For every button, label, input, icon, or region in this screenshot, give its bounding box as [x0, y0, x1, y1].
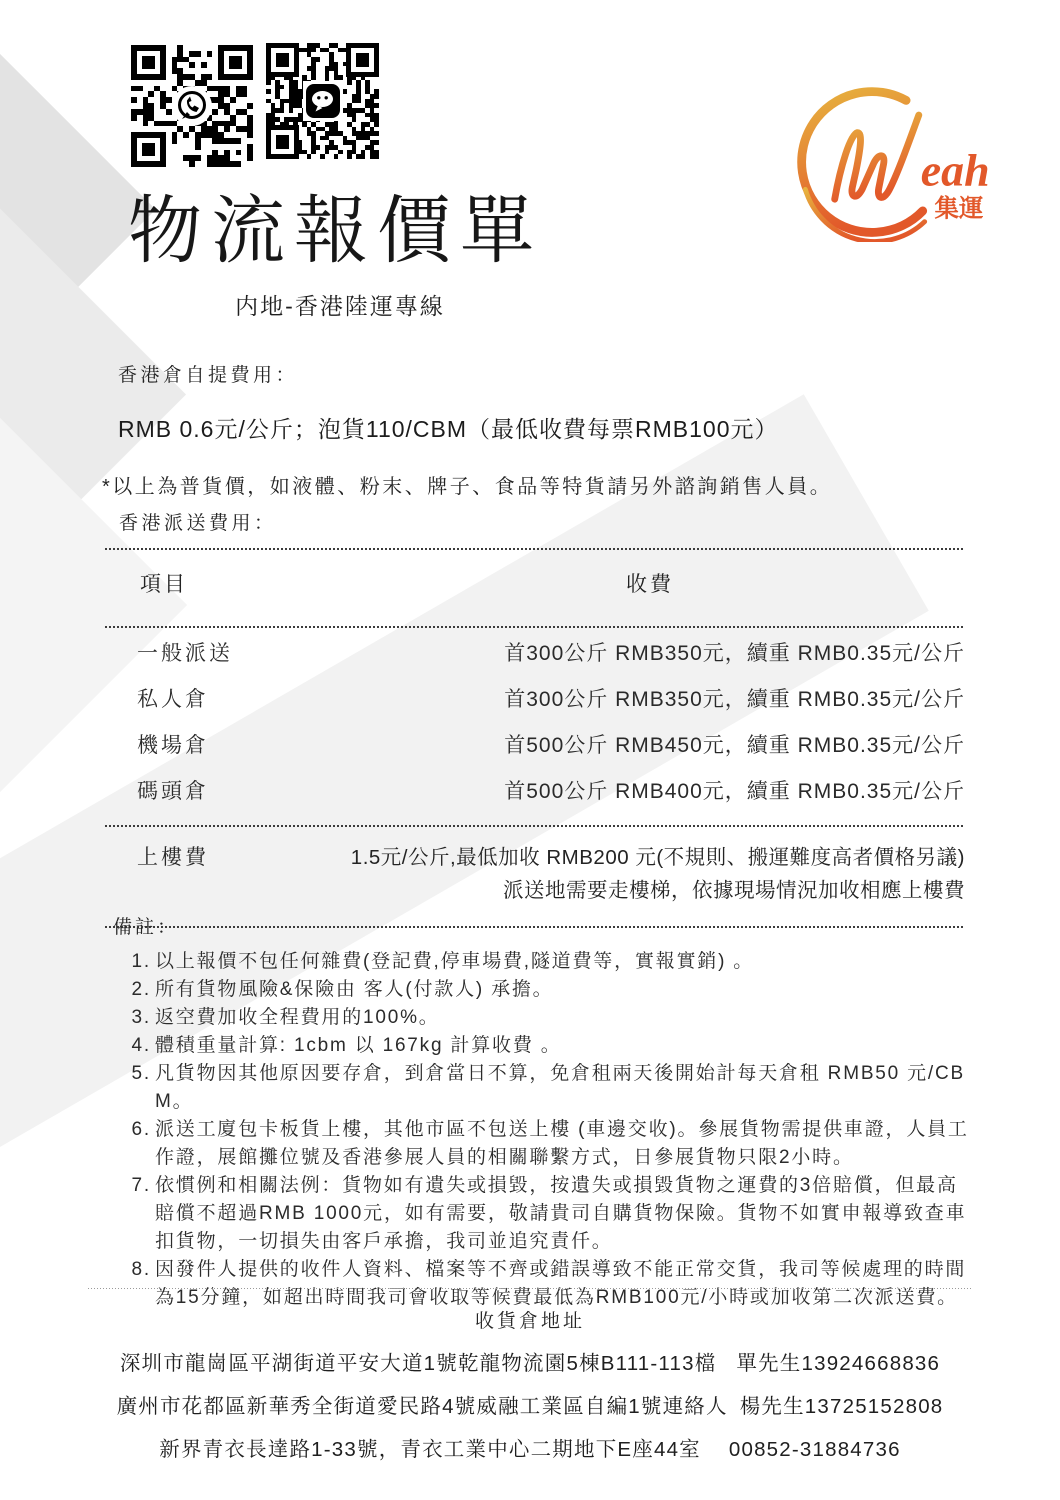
- qr-finder: [131, 45, 166, 80]
- note-item: 7.依慣例和相關法例：貨物如有遺失或損毀，按遺失或損毀貨物之運費的3倍賠償，但最…: [113, 1172, 975, 1256]
- table-row: 一般派送 首300公斤 RMB350元，續重 RMB0.35元/公斤: [105, 629, 965, 675]
- page-title: 物流報價單: [128, 190, 543, 271]
- address-text: 廣州市花都區新華秀全街道愛民路4號威融工業區自編1號連絡人: [117, 1395, 728, 1418]
- contact-text: 00852-31884736: [729, 1438, 901, 1461]
- note-item: 2.所有貨物風險&保險由 客人(付款人) 承擔。: [113, 976, 975, 1004]
- whatsapp-qr-code: [128, 42, 256, 170]
- address-text: 新界青衣長達路1-33號，青衣工業中心二期地下E座44室: [159, 1438, 701, 1461]
- row-fee-value: 首300公斤 RMB350元，續重 RMB0.35元/公斤: [335, 683, 965, 713]
- logo-swoosh-icon: eah 集運: [778, 82, 998, 242]
- qr-finder: [346, 43, 379, 77]
- note-item: 6.派送工廈包卡板貨上樓，其他市區不包送上樓 (車邊交收)。參展貨物需提供車證，…: [113, 1116, 975, 1172]
- quotation-document: eah 集運 物流報價單 内地-香港陸運專線 香港倉自提費用： RMB 0.6元…: [0, 0, 1060, 1500]
- whatsapp-icon: [172, 86, 212, 126]
- delivery-heading: 香港派送費用：: [105, 508, 965, 535]
- contact-text: 楊先生13725152808: [740, 1395, 944, 1418]
- row-item-label: 一般派送: [105, 637, 335, 667]
- row-item-label: 上樓費: [105, 841, 315, 907]
- table-row: 私人倉 首300公斤 RMB350元，續重 RMB0.35元/公斤: [105, 675, 965, 721]
- qr-finder: [266, 125, 299, 159]
- address-line: 廣州市花都區新華秀全街道愛民路4號威融工業區自編1號連絡人楊先生13725152…: [90, 1389, 970, 1419]
- self-pickup-section: 香港倉自提費用： RMB 0.6元/公斤；泡貨110/CBM（最低收費每票RMB…: [118, 360, 988, 499]
- logo-text: eah: [921, 144, 990, 195]
- footer-divider: [88, 1288, 972, 1289]
- floor-fee-row: 上樓費 1.5元/公斤,最低加收 RMB200 元(不規則、搬運難度高者價格另議…: [105, 828, 965, 917]
- notes-section: 備註： 1.以上報價不包任何雜費(登記費,停車場費,隧道費等，實報實銷) 。 2…: [113, 912, 975, 1312]
- address-text: 深圳市龍崗區平湖街道平安大道1號乾龍物流園5棟B111-113檔: [120, 1352, 717, 1375]
- row-item-label: 私人倉: [105, 683, 335, 713]
- note-item: 1.以上報價不包任何雜費(登記費,停車場費,隧道費等，實報實銷) 。: [113, 948, 975, 976]
- table-row: 機場倉 首500公斤 RMB450元，續重 RMB0.35元/公斤: [105, 721, 965, 767]
- page-subtitle: 内地-香港陸運專線: [130, 288, 550, 321]
- wechat-icon: [303, 81, 343, 121]
- note-item: 5.凡貨物因其他原因要存倉，到倉當日不算，免倉租兩天後開始計每天倉租 RMB50…: [113, 1060, 975, 1116]
- logo-subtext: 集運: [934, 194, 983, 223]
- company-logo: eah 集運: [778, 82, 998, 242]
- contact-text: 單先生13924668836: [736, 1352, 940, 1375]
- row-item-label: 機場倉: [105, 729, 335, 759]
- table-row: 碼頭倉 首500公斤 RMB400元，續重 RMB0.35元/公斤: [105, 767, 965, 813]
- self-pickup-price: RMB 0.6元/公斤；泡貨110/CBM（最低收費每票RMB100元）: [118, 411, 988, 444]
- note-item: 3.返空費加收全程費用的100%。: [113, 1004, 975, 1032]
- row-item-label: 碼頭倉: [105, 775, 335, 805]
- notes-list: 1.以上報價不包任何雜費(登記費,停車場費,隧道費等，實報實銷) 。 2.所有貨…: [113, 948, 975, 1312]
- qr-finder: [131, 132, 166, 167]
- row-fee-value: 首500公斤 RMB400元，續重 RMB0.35元/公斤: [335, 775, 965, 805]
- row-fee-value: 首500公斤 RMB450元，續重 RMB0.35元/公斤: [335, 729, 965, 759]
- qr-finder: [218, 45, 253, 80]
- note-item: 8.因發件人提供的收件人資料、檔案等不齊或錯誤導致不能正常交貨，我司等候處理的時…: [113, 1256, 975, 1312]
- self-pickup-note: *以上為普貨價，如液體、粉末、牌子、食品等特貨請另外諮詢銷售人員。: [102, 470, 972, 499]
- address-line: 新界青衣長達路1-33號，青衣工業中心二期地下E座44室00852-318847…: [90, 1432, 970, 1462]
- note-item: 4.體積重量計算: 1cbm 以 167kg 計算收費 。: [113, 1032, 975, 1060]
- qr-finder: [266, 43, 299, 77]
- floor-fee-line2: 派送地需要走樓梯，依據現場情況加收相應上樓費: [315, 874, 965, 907]
- address-heading: 收貨倉地址: [90, 1306, 970, 1333]
- self-pickup-heading: 香港倉自提費用：: [118, 360, 988, 387]
- column-header-item: 項目: [105, 568, 335, 598]
- warehouse-address-section: 收貨倉地址 深圳市龍崗區平湖街道平安大道1號乾龍物流園5棟B111-113檔單先…: [90, 1306, 970, 1462]
- address-line: 深圳市龍崗區平湖街道平安大道1號乾龍物流園5棟B111-113檔單先生13924…: [90, 1346, 970, 1376]
- column-header-fee: 收費: [335, 568, 965, 598]
- delivery-fee-section: 香港派送費用： 項目 收費 一般派送 首300公斤 RMB350元，續重 RMB…: [105, 508, 965, 929]
- wechat-qr-code: [263, 40, 382, 162]
- notes-heading: 備註：: [113, 912, 975, 939]
- table-header: 項目 收費: [105, 551, 965, 626]
- row-fee-value: 首300公斤 RMB350元，續重 RMB0.35元/公斤: [335, 637, 965, 667]
- floor-fee-line1: 1.5元/公斤,最低加收 RMB200 元(不規則、搬運難度高者價格另議): [315, 841, 965, 874]
